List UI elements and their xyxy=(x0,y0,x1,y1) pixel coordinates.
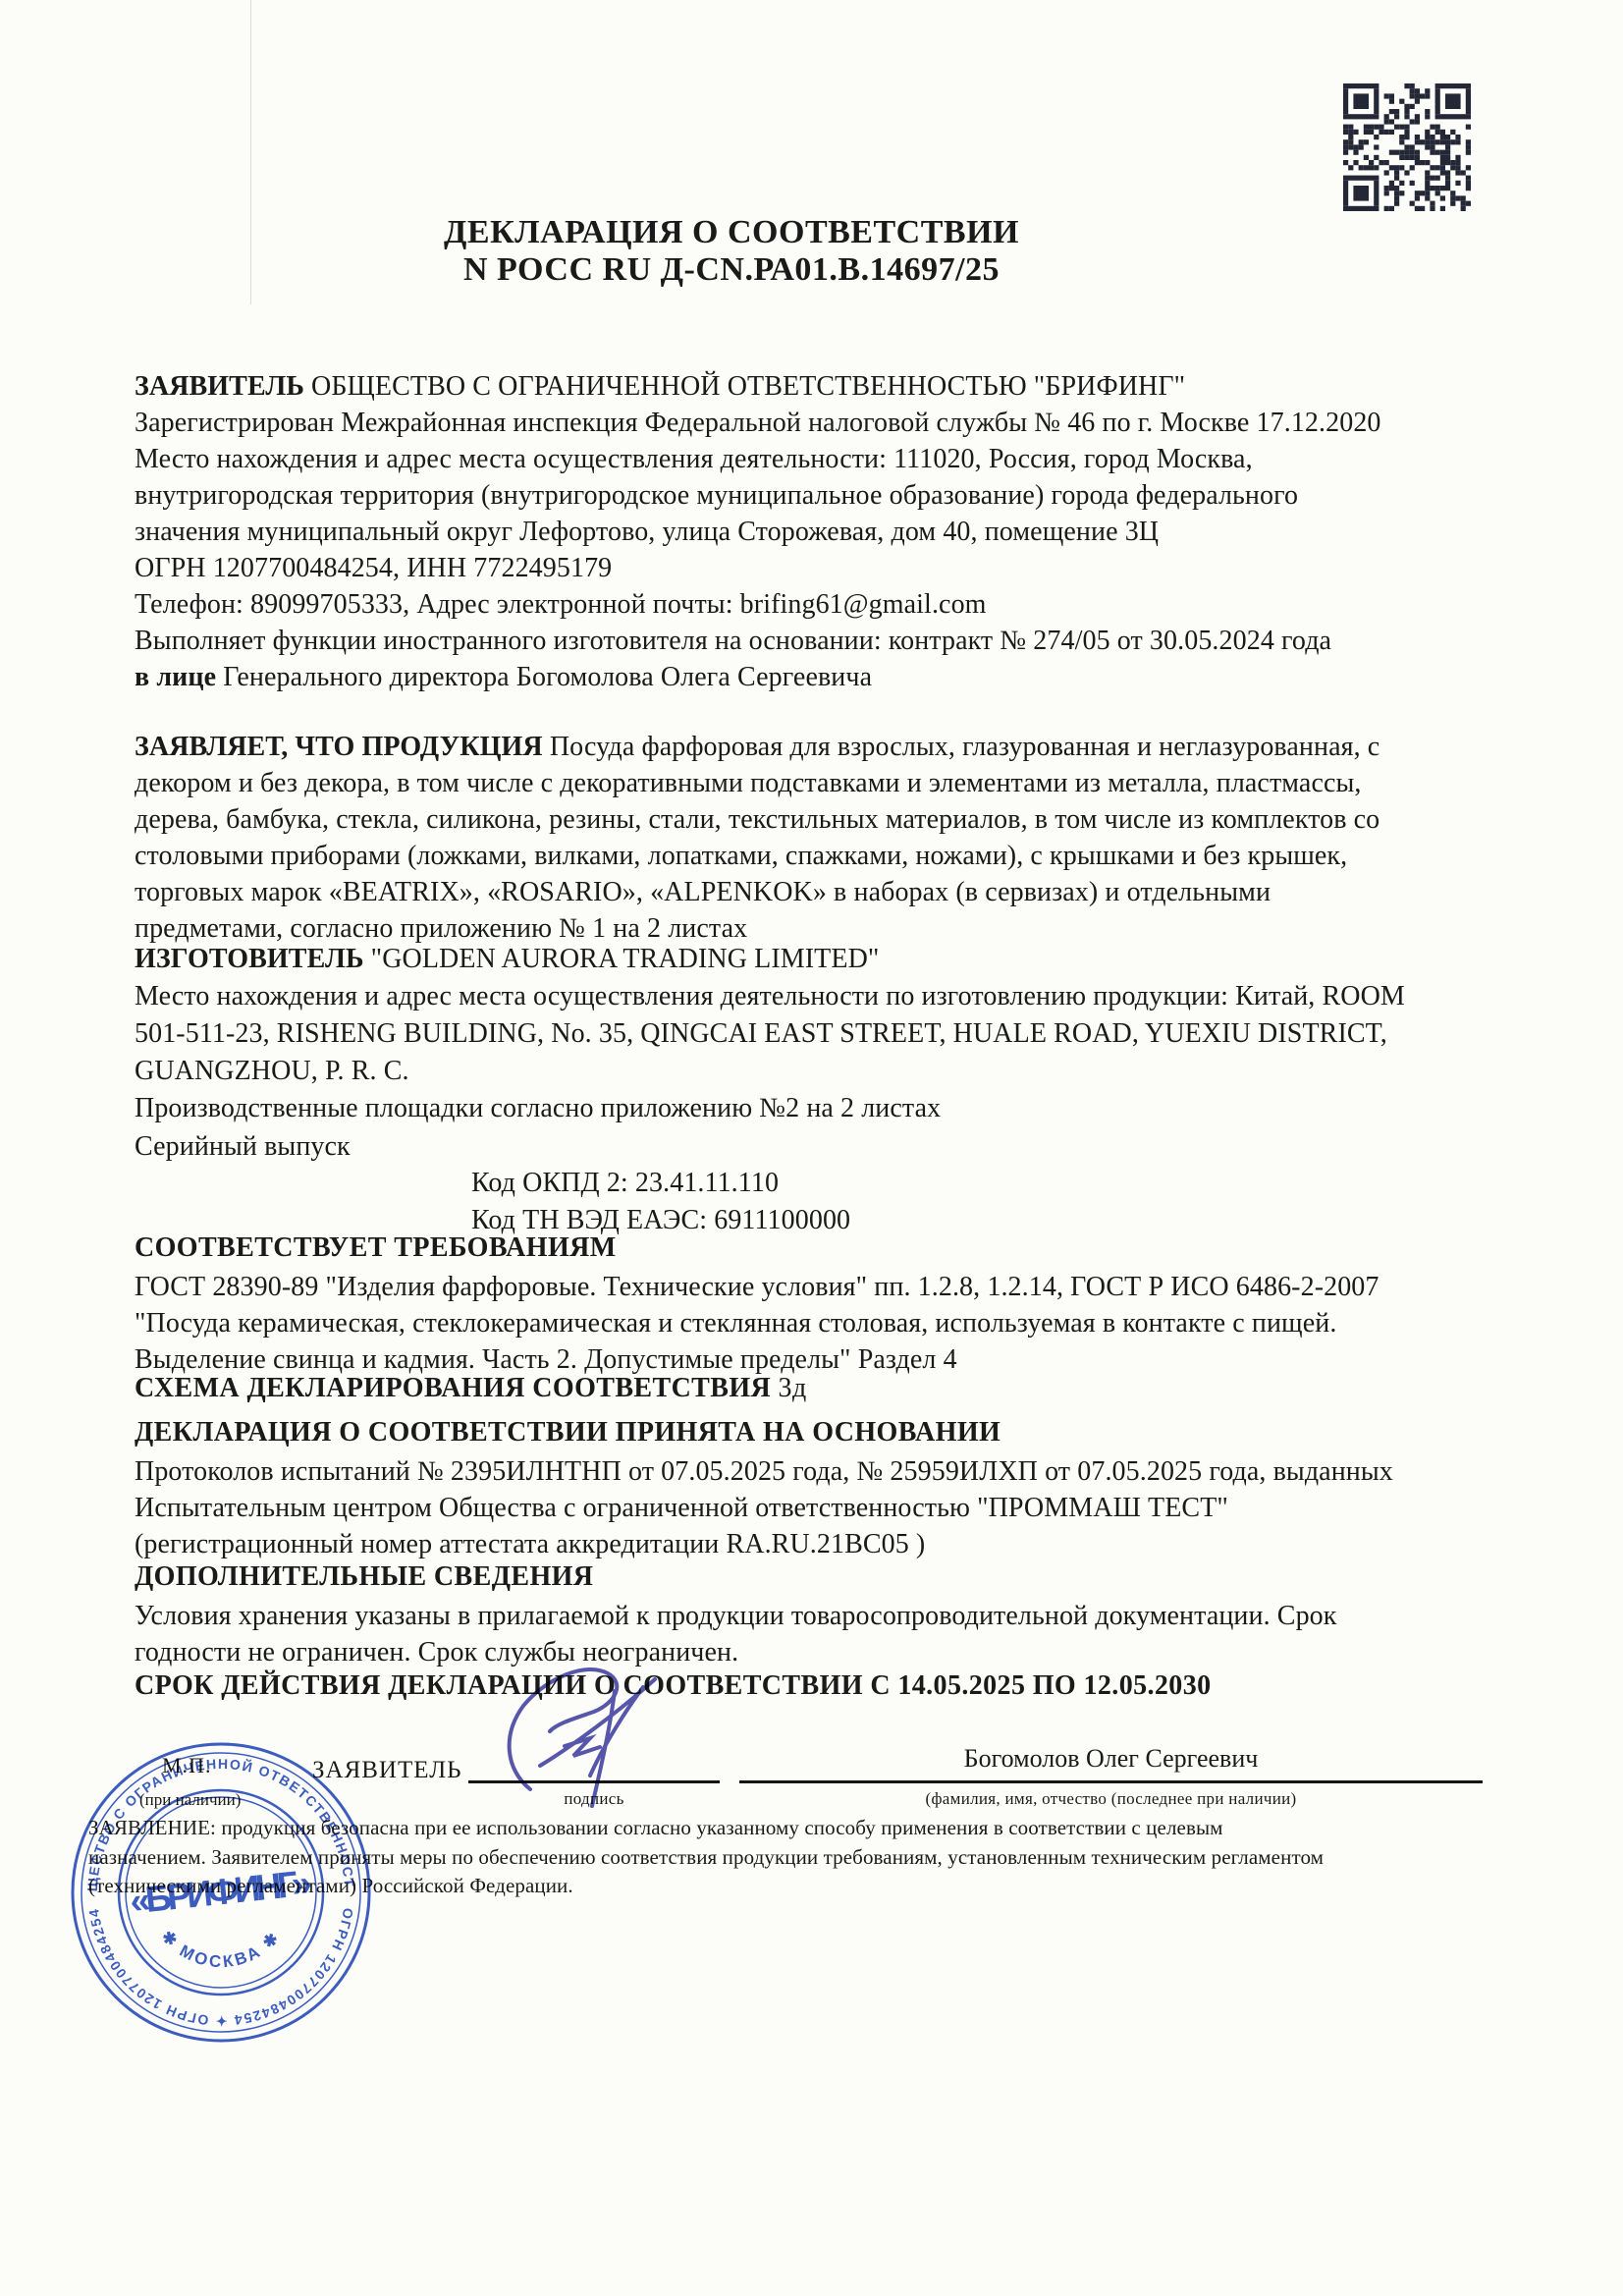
signatory-name: Богомолов Олег Сергеевич xyxy=(739,1744,1483,1774)
text-line: Производственные площадки согласно прило… xyxy=(135,1090,1405,1127)
in-person-text: Генерального директора Богомолова Олега … xyxy=(223,662,872,692)
text-line: значения муниципальный округ Лефортово, … xyxy=(135,514,1381,550)
okpd-code: Код ОКПД 2: 23.41.11.110 xyxy=(471,1165,850,1202)
in-person-label: в лице xyxy=(135,662,216,692)
text-line: внутригородская территория (внутригородс… xyxy=(135,477,1381,514)
name-line xyxy=(739,1780,1483,1783)
svg-text:✱ МОСКВА ✱: ✱ МОСКВА ✱ xyxy=(158,1927,285,1971)
scheme-heading-line: СХЕМА ДЕКЛАРИРОВАНИЯ СООТВЕТСТВИЯ 3д xyxy=(135,1373,807,1404)
stamp-center-text: «БРИФИНГ» xyxy=(128,1862,313,1921)
basis-section: Протоколов испытаний № 2395ИЛНТНП от 07.… xyxy=(135,1453,1393,1562)
scheme-heading: СХЕМА ДЕКЛАРИРОВАНИЯ СООТВЕТСТВИЯ xyxy=(135,1373,771,1403)
company-stamp: ОБЩЕСТВО С ОГРАНИЧЕННОЙ ОТВЕТСТВЕННОСТЬЮ… xyxy=(65,1736,377,2049)
qr-code xyxy=(1343,83,1471,211)
serial-line: Серийный выпуск xyxy=(135,1127,1405,1167)
handwritten-signature xyxy=(496,1652,692,1814)
product-heading-line: ЗАЯВЛЯЕТ, ЧТО ПРОДУКЦИЯ Посуда фарфорова… xyxy=(135,729,1380,765)
applicant-label: ЗАЯВИТЕЛЬ xyxy=(135,371,304,402)
declaration-document: ДЕКЛАРАЦИЯ О СООТВЕТСТВИИ N РОСС RU Д-CN… xyxy=(0,0,1623,2296)
text-line: "Посуда керамическая, стеклокерамическая… xyxy=(135,1305,1380,1341)
basis-heading: ДЕКЛАРАЦИЯ О СООТВЕТСТВИИ ПРИНЯТА НА ОСН… xyxy=(135,1417,1001,1449)
text-line: Зарегистрирован Межрайонная инспекция Фе… xyxy=(135,405,1381,441)
text-line: Условия хранения указаны в прилагаемой к… xyxy=(135,1598,1336,1634)
text-line: GUANGZHOU, P. R. C. xyxy=(135,1053,1405,1090)
manufacturer-name: "GOLDEN AURORA TRADING LIMITED" xyxy=(371,944,880,974)
text-line: столовыми приборами (ложками, вилками, л… xyxy=(135,838,1380,874)
title-line2: N РОСС RU Д-CN.РА01.В.14697/25 xyxy=(88,251,1375,289)
compliance-section: ГОСТ 28390-89 "Изделия фарфоровые. Техни… xyxy=(135,1269,1380,1378)
text-line: торговых марок «BEATRIX», «ROSARIO», «AL… xyxy=(135,874,1380,910)
compliance-heading: СООТВЕТСТВУЕТ ТРЕБОВАНИЯМ xyxy=(135,1232,617,1264)
text-line: (регистрационный номер аттестата аккреди… xyxy=(135,1526,1393,1562)
additional-section: Условия хранения указаны в прилагаемой к… xyxy=(135,1598,1336,1670)
product-label: ЗАЯВЛЯЕТ, ЧТО ПРОДУКЦИЯ xyxy=(135,732,543,762)
text-line: Выполняет функции иностранного изготовит… xyxy=(135,623,1381,659)
applicant-section: ЗАЯВИТЕЛЬ ОБЩЕСТВО С ОГРАНИЧЕННОЙ ОТВЕТС… xyxy=(135,368,1381,695)
manufacturer-label: ИЗГОТОВИТЕЛЬ xyxy=(135,944,364,974)
text-line: Испытательным центром Общества с огранич… xyxy=(135,1490,1393,1526)
applicant-name: ОБЩЕСТВО С ОГРАНИЧЕННОЙ ОТВЕТСТВЕННОСТЬЮ… xyxy=(311,371,1185,402)
name-caption: (фамилия, имя, отчество (последнее при н… xyxy=(739,1789,1483,1809)
stamp-city-text: ✱ МОСКВА ✱ xyxy=(158,1927,285,1971)
text-line: дерева, бамбука, стекла, силикона, резин… xyxy=(135,801,1380,838)
additional-heading: ДОПОЛНИТЕЛЬНЫЕ СВЕДЕНИЯ xyxy=(135,1561,593,1593)
product-section: ЗАЯВЛЯЕТ, ЧТО ПРОДУКЦИЯ Посуда фарфорова… xyxy=(135,729,1380,947)
text-line: ОГРН 1207700484254, ИНН 7722495179 xyxy=(135,550,1381,586)
applicant-heading-line: ЗАЯВИТЕЛЬ ОБЩЕСТВО С ОГРАНИЧЕННОЙ ОТВЕТС… xyxy=(135,368,1381,405)
text-line: годности не ограничен. Срок службы неогр… xyxy=(135,1634,1336,1670)
manufacturer-heading-line: ИЗГОТОВИТЕЛЬ "GOLDEN AURORA TRADING LIMI… xyxy=(135,941,1405,978)
manufacturer-section: ИЗГОТОВИТЕЛЬ "GOLDEN AURORA TRADING LIMI… xyxy=(135,941,1405,1167)
scheme-value: 3д xyxy=(779,1373,807,1403)
document-title: ДЕКЛАРАЦИЯ О СООТВЕТСТВИИ N РОСС RU Д-CN… xyxy=(88,214,1375,289)
text-line: 501-511-23, RISHENG BUILDING, No. 35, QI… xyxy=(135,1015,1405,1053)
text-line: Место нахождения и адрес места осуществл… xyxy=(135,441,1381,477)
text-line: Место нахождения и адрес места осуществл… xyxy=(135,978,1405,1015)
text-line: ГОСТ 28390-89 "Изделия фарфоровые. Техни… xyxy=(135,1269,1380,1305)
text-line: Телефон: 89099705333, Адрес электронной … xyxy=(135,586,1381,623)
product-first-line: Посуда фарфоровая для взрослых, глазуров… xyxy=(550,732,1380,762)
in-person-line: в лице Генерального директора Богомолова… xyxy=(135,659,1381,695)
codes-section: Код ОКПД 2: 23.41.11.110 Код ТН ВЭД ЕАЭС… xyxy=(471,1165,850,1239)
title-line1: ДЕКЛАРАЦИЯ О СООТВЕТСТВИИ xyxy=(88,214,1375,251)
text-line: Протоколов испытаний № 2395ИЛНТНП от 07.… xyxy=(135,1453,1393,1490)
text-line: декором и без декора, в том числе с деко… xyxy=(135,765,1380,801)
